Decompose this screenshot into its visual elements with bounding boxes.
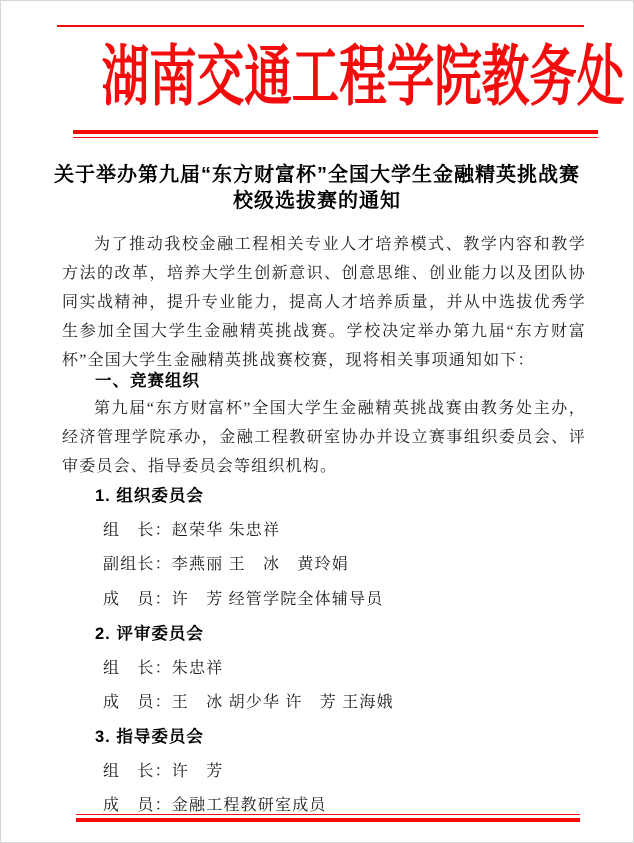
committee-row: 组 长：许 芳 <box>62 752 586 786</box>
letterhead-double-rule <box>73 130 598 138</box>
letterhead: 湖南交通工程学院教务处 <box>0 36 634 124</box>
notice-title-line1: 关于举办第九届“东方财富杯”全国大学生金融精英挑战赛 <box>40 162 594 188</box>
section-1-heading: 一、竞赛组织 <box>95 370 200 392</box>
committee-row: 副组长：李燕丽 王 冰 黄玲娟 <box>62 546 586 580</box>
document-page: 湖南交通工程学院教务处 关于举办第九届“东方财富杯”全国大学生金融精英挑战赛 校… <box>0 0 634 843</box>
intro-paragraph: 为了推动我校金融工程相关专业人才培养模式、教学内容和教学方法的改革，培养大学生创… <box>62 230 586 375</box>
committee-2-heading: 2. 评审委员会 <box>62 615 586 649</box>
notice-title: 关于举办第九届“东方财富杯”全国大学生金融精英挑战赛 校级选拔赛的通知 <box>40 162 594 214</box>
committee-row: 成 员：王 冰 胡少华 许 芳 王海娥 <box>62 683 586 717</box>
committee-1-heading: 1. 组织委员会 <box>62 477 586 511</box>
committee-row: 组 长：朱忠祥 <box>62 649 586 683</box>
committee-row: 成 员：许 芳 经管学院全体辅导员 <box>62 580 586 614</box>
letterhead-top-rule <box>57 25 584 27</box>
footer-double-rule <box>76 814 580 822</box>
committee-row: 组 长：赵荣华 朱忠祥 <box>62 511 586 545</box>
committee-3-heading: 3. 指导委员会 <box>62 718 586 752</box>
section-1-body: 第九届“东方财富杯”全国大学生金融精英挑战赛由教务处主办，经济管理学院承办，金融… <box>62 394 586 481</box>
notice-title-line2: 校级选拔赛的通知 <box>40 188 594 214</box>
organization-title: 湖南交通工程学院教务处 <box>102 36 625 120</box>
committee-list: 1. 组织委员会 组 长：赵荣华 朱忠祥 副组长：李燕丽 王 冰 黄玲娟 成 员… <box>62 477 586 821</box>
